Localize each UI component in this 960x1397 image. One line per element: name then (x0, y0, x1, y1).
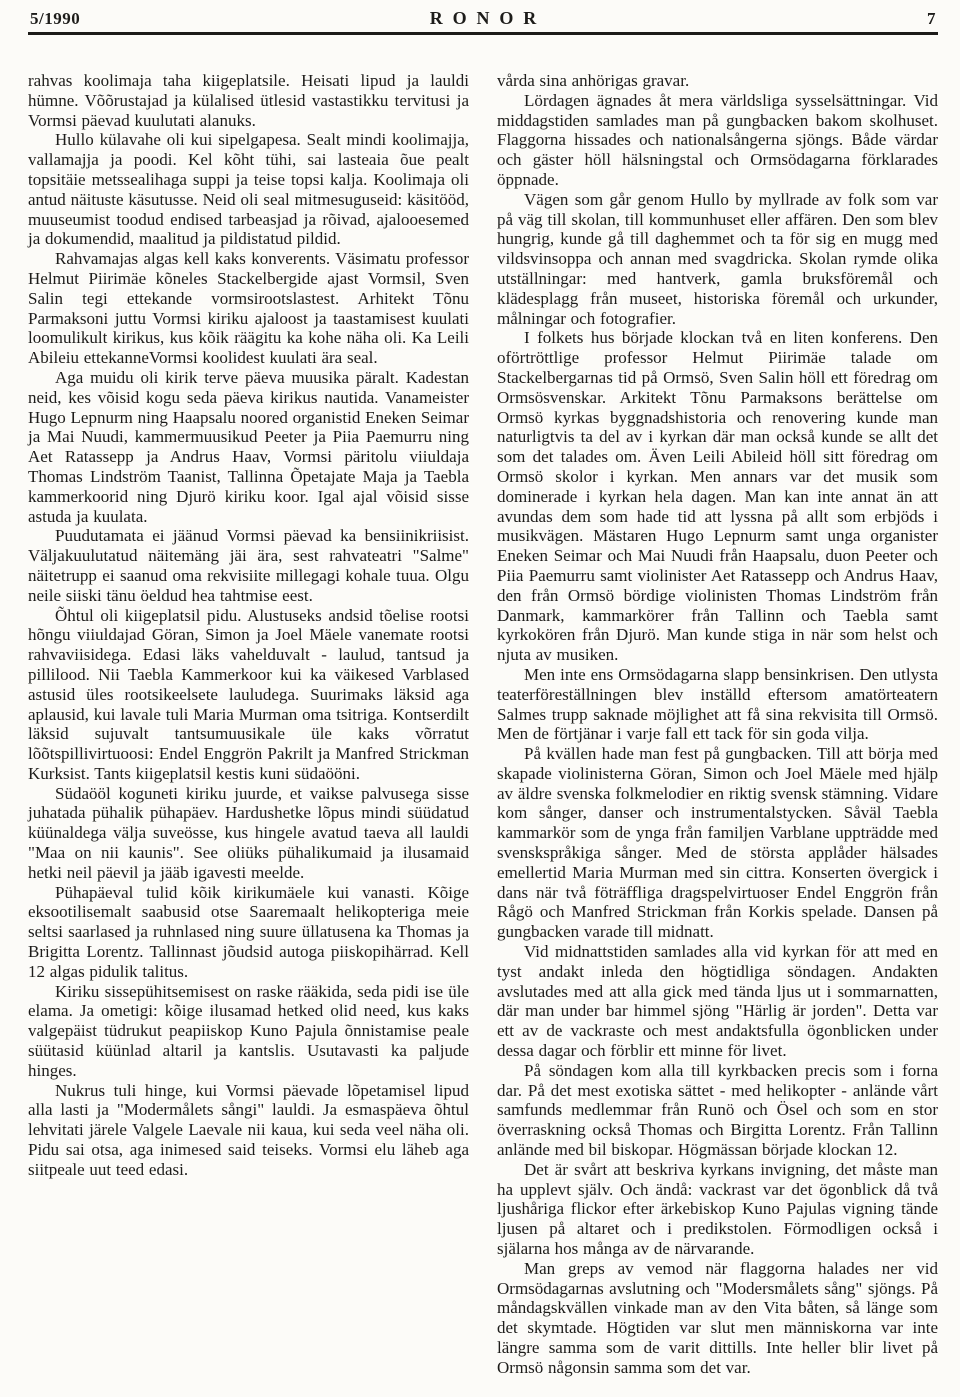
paragraph: Det är svårt att beskriva kyrkans invign… (497, 1160, 938, 1259)
paragraph: Õhtul oli kiigeplatsil pidu. Alustuseks … (28, 606, 469, 784)
paragraph: Vägen som går genom Hullo by myllrade av… (497, 190, 938, 329)
paragraph: Vid midnattstiden samlades alla vid kyrk… (497, 942, 938, 1061)
scanned-newsletter-page: 5/1990 RONOR 7 rahvas koolimaja taha kii… (0, 0, 960, 1397)
paragraph: Südaööl koguneti kiriku juurde, et vaiks… (28, 784, 469, 883)
paragraph: Aga muidu oli kirik terve päeva muusika … (28, 368, 469, 526)
article-body: rahvas koolimaja taha kiigeplatsile. Hei… (28, 71, 938, 1378)
paragraph: På söndagen kom alla till kyrkbacken pre… (497, 1061, 938, 1160)
paragraph: Rahvamajas algas kell kaks konverents. V… (28, 249, 469, 368)
issue-number: 5/1990 (30, 9, 150, 29)
paragraph: Kiriku sissepühitsemisest on raske rääki… (28, 982, 469, 1081)
journal-title: RONOR (150, 8, 816, 29)
page-number: 7 (816, 9, 936, 29)
paragraph: Men inte ens Ormsödagarna slapp bensinkr… (497, 665, 938, 744)
article-column-left: rahvas koolimaja taha kiigeplatsile. Hei… (28, 71, 469, 1378)
paragraph: Hullo külavahe oli kui sipelgapesa. Seal… (28, 130, 469, 249)
paragraph: Nukrus tuli hinge, kui Vormsi päevade lõ… (28, 1081, 469, 1180)
page-header: 5/1990 RONOR 7 (28, 6, 938, 35)
article-column-right: vårda sina anhörigas gravar.Lördagen ägn… (497, 71, 938, 1378)
paragraph: I folkets hus började klockan två en lit… (497, 328, 938, 665)
paragraph: På kvällen hade man fest på gungbacken. … (497, 744, 938, 942)
paragraph: Lördagen ägnades åt mera världsliga syss… (497, 91, 938, 190)
paragraph: vårda sina anhörigas gravar. (497, 71, 938, 91)
paragraph: Man greps av vemod när flaggorna halades… (497, 1259, 938, 1378)
paragraph: Pühapäeval tulid kõik kirikumäele kui va… (28, 883, 469, 982)
paragraph: Puudutamata ei jäänud Vormsi päevad ka b… (28, 526, 469, 605)
paragraph: rahvas koolimaja taha kiigeplatsile. Hei… (28, 71, 469, 130)
